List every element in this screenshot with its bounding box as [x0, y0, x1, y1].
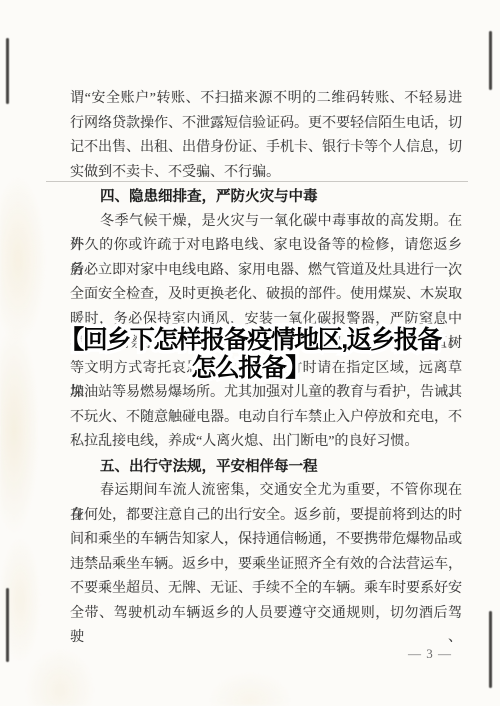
text-line: 实做到不卖卡、不受骗、不行骗。 — [70, 161, 462, 186]
text-line: 谓“安全账户”转账、不扫描来源不明的二维码转账、不轻易进 — [70, 87, 462, 112]
text-line: 务必立即对家中电线电路、家用电器、燃气管道及灶具进行一次 — [70, 259, 462, 284]
scanned-document-page: { "page": { "bg_color": "#fcfbf8", "text… — [0, 0, 500, 706]
scan-artifact-top-right — [489, 31, 492, 90]
text-line: 间和乘坐的车辆告知家人，保持通信畅通，不要携带危爆物品或 — [70, 528, 462, 553]
scan-artifact-bottom-left — [6, 588, 9, 662]
page-number: — 3 — — [398, 646, 462, 662]
text-line: 在何处，都要注意自己的出行安全。返乡前，要提前将到达的时 — [70, 504, 462, 529]
text-line: 全面安全检查，及时更换老化、破损的部件。使用煤炭、木炭取 — [70, 283, 462, 308]
text-line: 行网络贷款操作、不泄露短信验证码。更不要轻信陌生电话，切 — [70, 112, 462, 137]
scan-artifact-top-left — [6, 38, 9, 104]
overlay-title-text: 怎么报备】 — [191, 354, 309, 382]
text-line: 全带、驾驶机动车辆返乡的人员要遵守交通规则，切勿酒后驾驶、 — [70, 602, 462, 627]
text-line: 违禁品乘坐车辆。返乡中，要乘坐证照齐全有效的合法营运车， — [70, 553, 462, 578]
section-heading-4: 四、隐患细排查，严防火灾与中毒 — [70, 185, 462, 210]
overlay-title-line-2: 怎么报备】 怎么报备】 — [0, 354, 500, 382]
overlay-title-text: 【回乡下怎样报备疫情地区,返乡报备 — [59, 326, 440, 354]
overlay-title-line-1: 【回乡下怎样报备疫情地区,返乡报备 【回乡下怎样报备疫情地区,返乡报备 — [0, 326, 500, 354]
text-line: 不玩火、不随意触碰电器。电动自行车禁止入户停放和充电，不 — [70, 406, 462, 431]
text-line: 春运期间车流人流密集，交通安全尤为重要，不管你现在身 — [70, 479, 462, 504]
text-line: 私拉乱接电线，养成“人离火熄、出门断电”的良好习惯。 — [70, 430, 462, 455]
text-line: 不要乘坐超员、无牌、无证、手续不全的车辆。乘车时要系好安 — [70, 577, 462, 602]
section-heading-5: 五、出行守法规，平安相伴每一程 — [70, 455, 462, 480]
text-line: 许久的你或许疏于对电路电线、家电设备等的检修，请您返乡后， — [70, 234, 462, 259]
text-line: 记不出售、出租、出借身份证、手机卡、银行卡等个人信息，切 — [70, 136, 462, 161]
text-line: 冬季气候干燥，是火灾与一氧化碳中毒事故的高发期。在外 — [70, 210, 462, 235]
text-line: 加油站等易燃易爆场所。尤其加强对儿童的教育与看护，告诫其 — [70, 381, 462, 406]
overlay-title: 【回乡下怎样报备疫情地区,返乡报备 【回乡下怎样报备疫情地区,返乡报备 怎么报备… — [0, 326, 500, 382]
scan-artifact-bottom-right — [489, 611, 492, 688]
